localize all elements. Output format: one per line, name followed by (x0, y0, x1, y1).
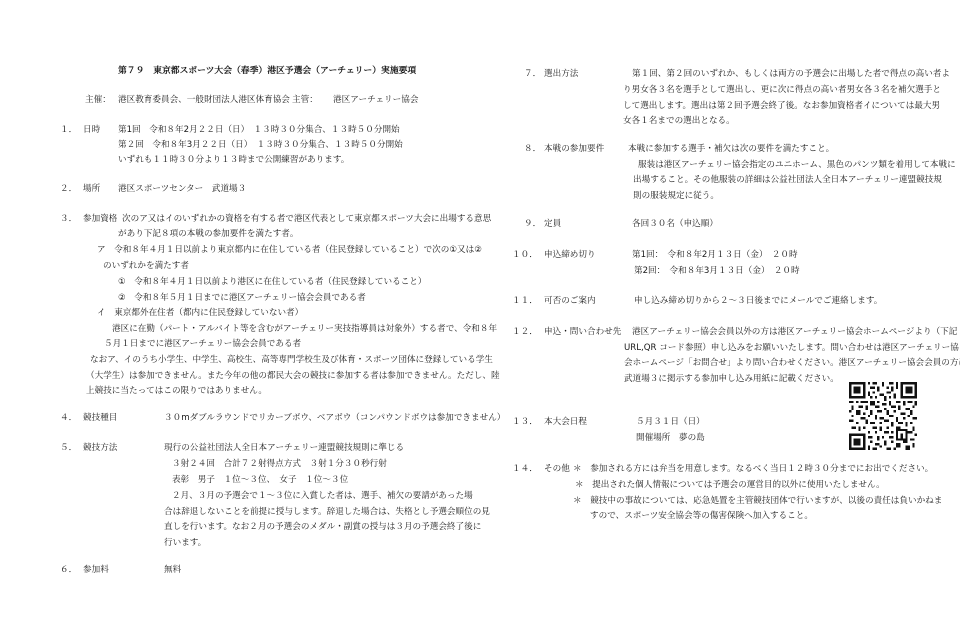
host-label: 主催： (85, 96, 111, 105)
section-line: 本戦に参加する選手・補欠は次の要件を満たすこと。 (628, 145, 834, 154)
section-line: ＊ 競技中の事故については、応急処置を主管競技団体で行いますが、以後の責任は負い… (573, 497, 942, 506)
section-line: 第1回： 令和８年2月１３日（金） ２０時 (632, 251, 798, 260)
section-line: 第1回 令和８年2月２２日（日） １３時３０分集合、１３時５０分開始 (118, 126, 400, 135)
section-number: ８． (524, 145, 541, 154)
section-line: 港区スポーツセンター 武道場３ (118, 185, 246, 194)
section-line: 港区アーチェリー協会会員以外の方は港区アーチェリー協会ホームページより（下記 (632, 328, 957, 337)
section-line: ＊ 提出された個人情報については予選会の運営目的以外に使用いたしません。 (575, 481, 885, 490)
section-line: ２月、３月の予選会で１～３位に入賞した者は、選手、補欠の要請があった場 (172, 492, 473, 501)
section-line: 無料 (164, 566, 181, 575)
section-line: ② 令和８年５月１日までに港区アーチェリー協会会員である者 (118, 294, 366, 303)
qr-code-icon[interactable] (849, 382, 917, 450)
section-line: （大学生）は参加できません。また今年の他の都民大会の競技に参加する者は参加できま… (86, 372, 500, 381)
section-label: 可否のご案内 (544, 297, 596, 306)
section-line: ３射２４回 合計７２射得点方式 ３射１分３０秒行射 (172, 460, 387, 469)
section-line: 直しを行います。なお２月の予選会のメダル・副賞の授与は３月の予選会終了後に (164, 523, 481, 532)
section-label: その他 (544, 465, 570, 474)
section-label: 競技方法 (83, 444, 117, 453)
section-line: すので、スポーツ安全協会等の傷害保険へ加入すること。 (590, 512, 813, 521)
section-line: URL,QR コード参照）申し込みをお願いいたします。問い合わせは港区アーチェリ… (624, 344, 959, 353)
section-number: ９． (524, 220, 541, 229)
host-value: 港区教育委員会、一般財団法人港区体育協会 (118, 96, 290, 105)
section-label: 参加料 (83, 566, 109, 575)
section-number: １３． (512, 418, 538, 427)
section-line: 行います。 (164, 539, 206, 548)
section-number: ２． (60, 185, 77, 194)
section-label: 本大会日程 (544, 418, 587, 427)
section-line: イ 東京都外在住者（都内に住民登録していない者） (97, 309, 303, 318)
section-number: ４． (60, 414, 77, 423)
section-number: １． (60, 126, 77, 135)
section-line: 会ホームページ「お問合せ」より問い合わせください。港区アーチェリー協会会員の方は (624, 359, 960, 368)
section-line: り男女各３名を選手として選出し、更に次に得点の高い者男女各３名を補欠選手と (623, 86, 941, 95)
section-number: ３． (60, 215, 77, 224)
section-line: ５月３１日（日） (636, 418, 705, 427)
section-line: のいずれかを満たす者 (103, 262, 189, 271)
section-label: 参加資格 (83, 215, 117, 224)
section-number: ６． (60, 566, 77, 575)
section-label: 日時 (83, 126, 100, 135)
section-line: なおア、イのうち小学生、中学生、高校生、高等専門学校生及び体育・スポーツ団体に登… (90, 356, 493, 365)
section-label: 申込締め切り (544, 251, 596, 260)
section-line: 第2回： 令和８年3月１３日（金） ２０時 (634, 267, 800, 276)
section-line: 武道場３に掲示する参加申し込み用紙に記載ください。 (624, 375, 839, 384)
section-label: 定員 (544, 220, 561, 229)
section-line: ５月１日までに港区アーチェリー協会会員である者 (104, 340, 301, 349)
section-line: 出場すること。その他服装の詳細は公益社団法人全日本アーチェリー連盟競技規 (633, 176, 942, 185)
section-line: 各回３０名（申込順） (632, 220, 718, 229)
section-label: 競技種目 (83, 414, 117, 423)
section-number: １１． (512, 297, 538, 306)
section-line: して選出します。選出は第２回予選会終了後。なお参加資格者イについては最大男 (623, 102, 940, 111)
section-line: 第２回 令和８年3月２２日（日） １３時３０分集合、１３時５０分開始 (118, 141, 403, 150)
section-line: 次のア又はイのいずれかの資格を有する者で港区代表として東京都スポーツ大会に出場す… (122, 215, 491, 224)
section-line: いずれも１１時３０分より１３時まで公開練習があります。 (118, 156, 349, 165)
section-number: １０． (512, 251, 538, 260)
section-line: ＊ 参加される方には弁当を用意します。なるべく当日１２時３０分までにお出でくださ… (573, 465, 933, 474)
section-number: １４． (512, 465, 538, 474)
section-label: 選出方法 (544, 70, 578, 79)
section-line: ３０mダブルラウンドでリカーブボウ、ベアボウ（コンパウンドボウは参加できません） (164, 414, 505, 423)
section-line: 合は辞退しないことを前提に授与します。辞退した場合は、失格とし予選会順位の見 (164, 508, 490, 517)
section-line: 申し込み締め切りから２～３日後までにメールでご連絡します。 (634, 297, 882, 306)
section-line: 開催場所 夢の島 (636, 434, 705, 443)
section-line: があり下記８項の本戦の参加要件を満たす者。 (118, 230, 298, 239)
section-label: 場所 (83, 185, 100, 194)
section-line: 第１回、第２回のいずれか、もしくは両方の予選会に出場した者で得点の高い者よ (632, 70, 950, 79)
qr-code-graphic (849, 382, 917, 450)
document-title: 第７９ 東京都スポーツ大会（春季）港区予選会（アーチェリー）実施要項 (118, 67, 416, 76)
section-line: ア 令和８年４月１日以前より東京都内に在住している者（住民登録していること）で次… (97, 246, 482, 255)
section-line: 女各１名までの選出となる。 (623, 117, 735, 126)
section-label: 本戦の参加要件 (544, 145, 604, 154)
section-line: 服装は港区アーチェリー協会指定のユニホーム、黒色のパンツ類を着用して本戦に (638, 161, 956, 170)
section-label: 申込・問い合わせ先 (544, 328, 621, 337)
section-number: ５． (60, 444, 77, 453)
section-line: ① 令和８年４月１日以前より港区に在住している者（住民登録していること） (118, 278, 427, 287)
manager-label: 主管： (292, 96, 318, 105)
section-line: 現行の公益社団法人全日本アーチェリー連盟競技規則に準じる (164, 444, 404, 453)
section-line: 則の服装規定に従う。 (633, 192, 719, 201)
section-number: １２． (512, 328, 538, 337)
section-line: 上競技に当たってはこの限りではありません。 (86, 387, 267, 396)
manager-value: 港区アーチェリー協会 (333, 96, 418, 105)
section-line: 表彰 男子 １位～３位、 女子 １位～３位 (172, 476, 348, 485)
section-number: ７． (524, 70, 541, 79)
section-line: 港区に在勤（パート・アルバイト等を含むがアーチェリー実技指導員は対象外）する者で… (112, 325, 497, 334)
